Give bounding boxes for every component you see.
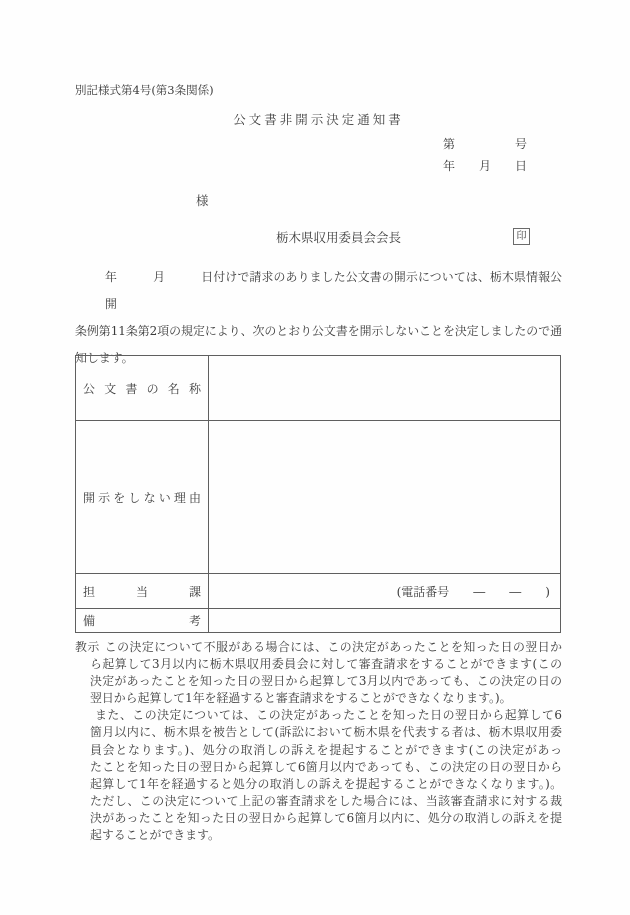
nondisclosure-reason-label: 開示をしない理由	[76, 421, 209, 574]
table-row: 担当課 (電話番号 ― ― )	[76, 574, 561, 609]
document-name-value	[209, 356, 561, 421]
table-row: 公文書の名称	[76, 356, 561, 421]
document-number: 第 号	[443, 135, 527, 152]
department-phone-value: (電話番号 ― ― )	[209, 574, 561, 609]
teaching-line: また、この決定については、この決定があったことを知った日の翌日から起算して6	[75, 707, 562, 724]
department-label: 担当課	[76, 574, 209, 609]
document-name-label: 公文書の名称	[76, 356, 209, 421]
document-title: 公文書非開示決定通知書	[75, 110, 562, 128]
teaching-line: 教示この決定について不服がある場合には、この決定があったことを知った日の翌日か	[75, 639, 562, 656]
teaching-line: ただし、この決定について上記の審査請求をした場合には、当該審査請求に対する裁	[75, 793, 562, 810]
sender-name: 栃木県収用委員会会長	[276, 228, 401, 246]
document-page: 別記様式第4号(第3条関係) 公文書非開示決定通知書 第 号 年 月 日 様 栃…	[0, 0, 630, 915]
teaching-line: 決があったことを知った日の翌日から起算して6箇月以内に、処分の取消しの訴えを提	[75, 810, 562, 827]
disclosure-table: 公文書の名称 開示をしない理由 担当課 (電話番号 ― ― ) 備考	[75, 355, 561, 633]
teaching-line: 起することができます。	[75, 827, 562, 844]
addressee-honorific: 様	[196, 191, 209, 209]
remarks-label: 備考	[76, 609, 209, 633]
teaching-section: 教示この決定について不服がある場合には、この決定があったことを知った日の翌日か …	[75, 639, 562, 844]
seal-icon: 印	[513, 228, 530, 245]
teaching-label: 教示	[75, 640, 100, 654]
teaching-line-text: この決定について不服がある場合には、この決定があったことを知った日の翌日か	[105, 640, 562, 654]
teaching-line: 翌日から起算して1年を経過すると審査請求をすることができなくなります。)。	[75, 690, 562, 707]
teaching-line: 員会となります。)、処分の取消しの訴えを提起することができます(この決定があっ	[75, 742, 562, 759]
teaching-line: ら起算して3月以内に栃木県収用委員会に対して審査請求をすることができます(この	[75, 656, 562, 673]
teaching-line: たことを知った日の翌日から起算して6箇月以内であっても、この決定の日の翌日から	[75, 759, 562, 776]
nondisclosure-reason-value	[209, 421, 561, 574]
table-row: 備考	[76, 609, 561, 633]
table-row: 開示をしない理由	[76, 421, 561, 574]
teaching-line: 箇月以内に、栃木県を被告として(訴訟において栃木県を代表する者は、栃木県収用委	[75, 724, 562, 741]
teaching-line: 決定があったことを知った日の翌日から起算して3月以内であっても、この決定の日の	[75, 673, 562, 690]
issue-date: 年 月 日	[443, 157, 527, 174]
form-number-label: 別記様式第4号(第3条関係)	[75, 82, 214, 98]
body-line: 年 月 日付けで請求のありました公文書の開示については、栃木県情報公開	[75, 264, 562, 318]
body-line: 条例第11条第2項の規定により、次のとおり公文書を開示しないことを決定しましたの…	[75, 318, 562, 345]
remarks-value	[209, 609, 561, 633]
teaching-line: 起算して1年を経過すると処分の取消しの訴えを提起することができなくなります。)。	[75, 776, 562, 793]
